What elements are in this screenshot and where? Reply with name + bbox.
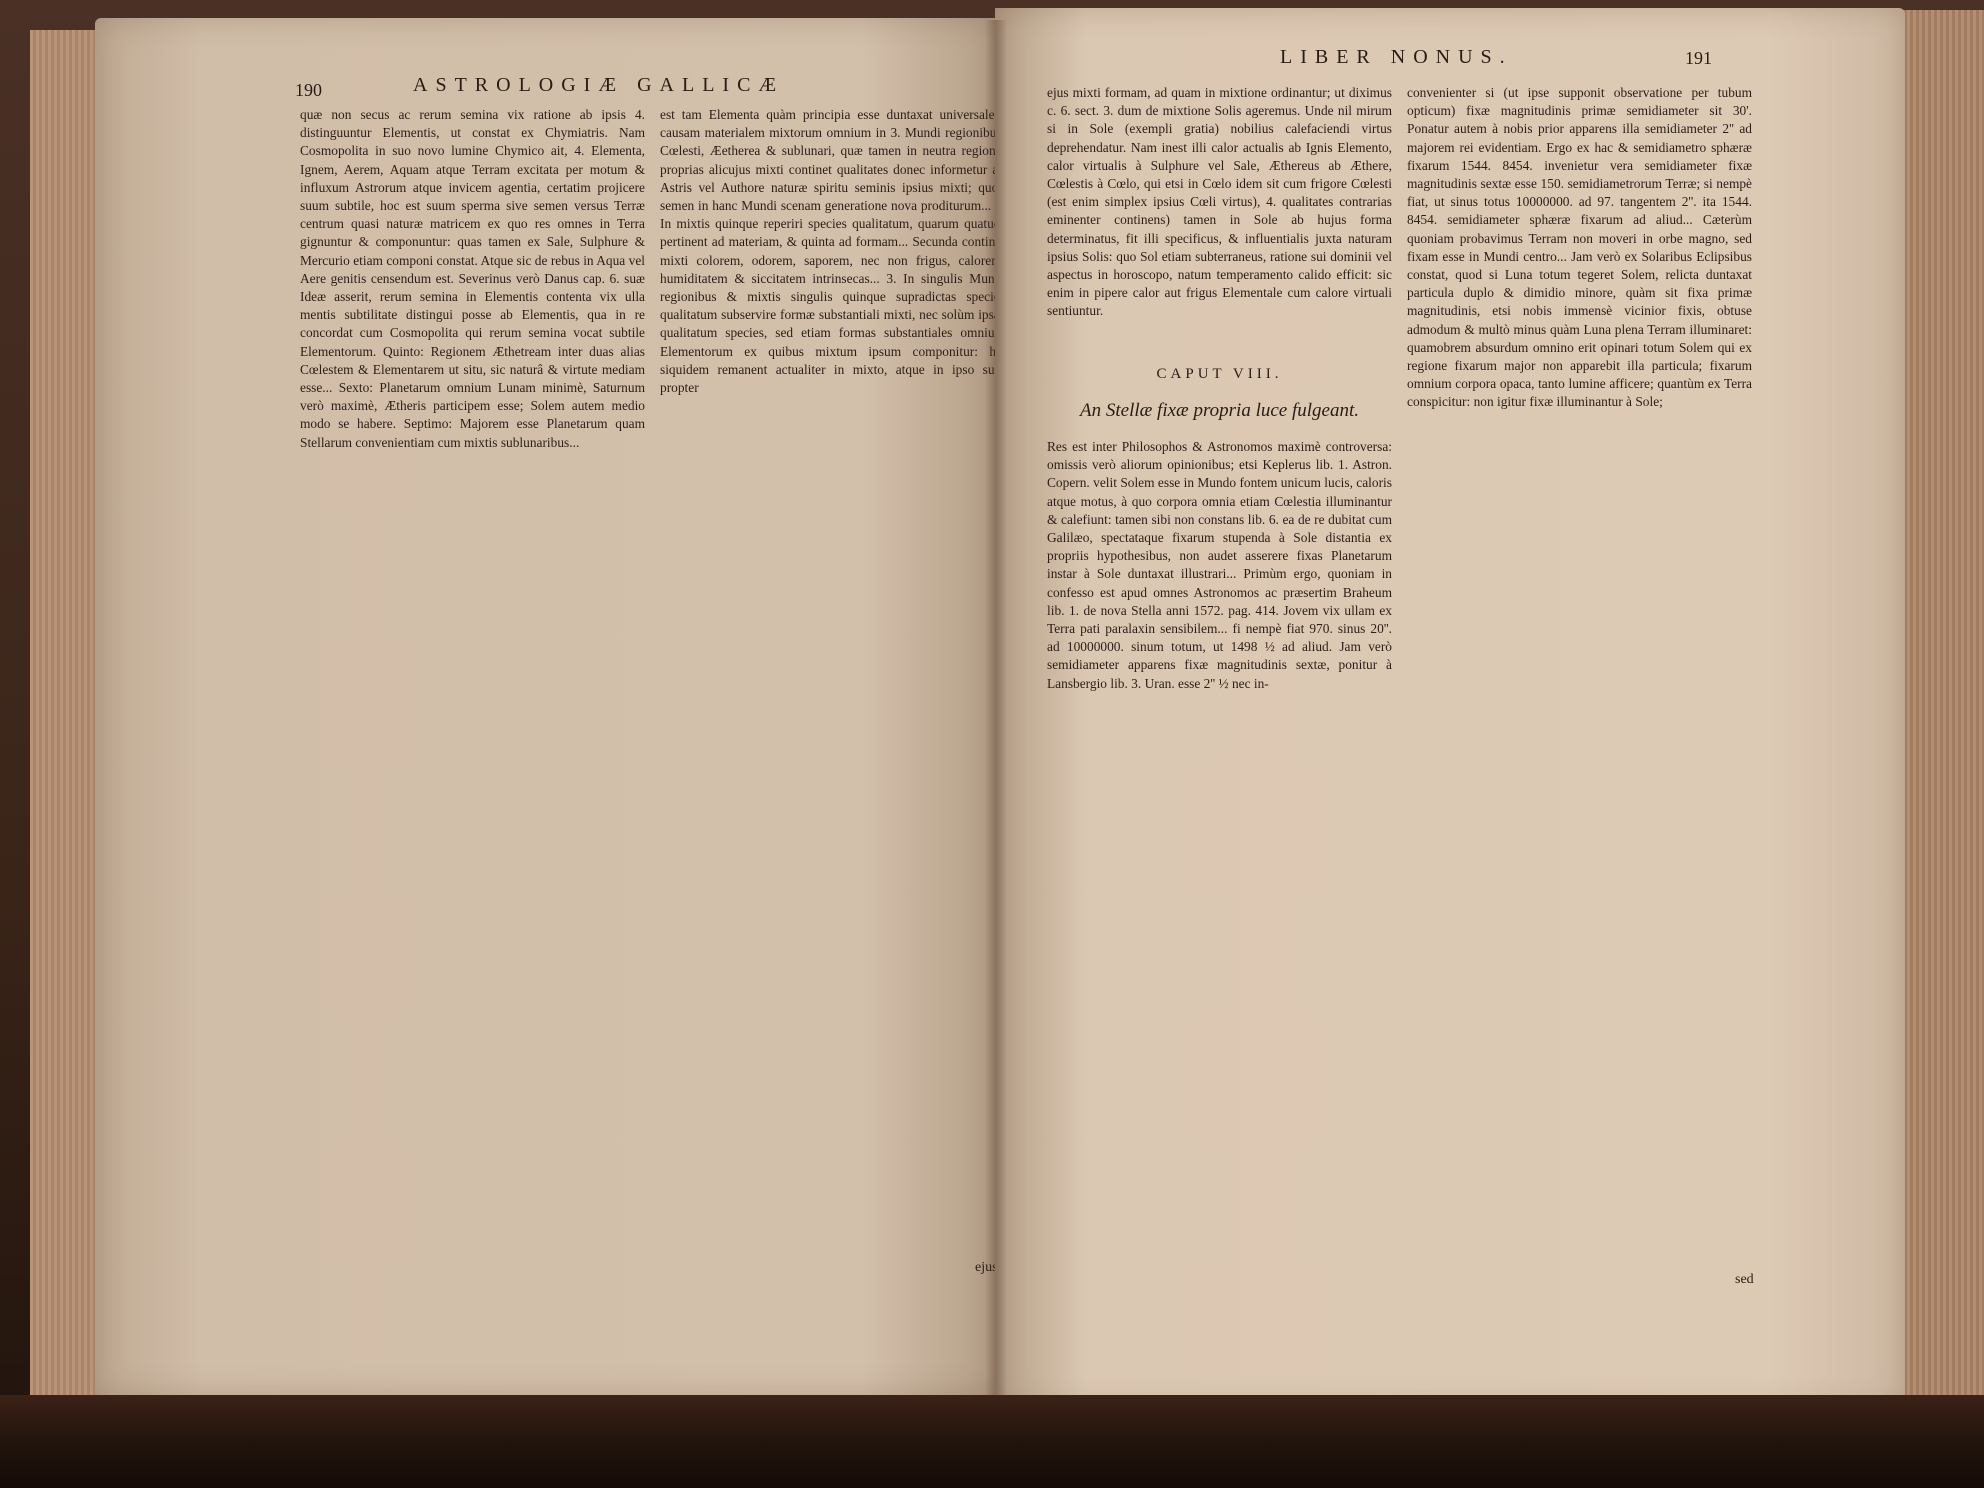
running-head: ASTROLOGIÆ GALLICÆ <box>413 74 784 97</box>
right-page: LIBER NONUS. 191 ejus mixti formam, ad q… <box>995 8 1905 1408</box>
catchword: sed <box>1735 1272 1754 1288</box>
running-head: LIBER NONUS. <box>1280 46 1513 69</box>
chapter-title: An Stellæ fixæ propria luce fulgeant. <box>1047 400 1392 422</box>
left-page: 190 ASTROLOGIÆ GALLICÆ quæ non secus ac … <box>95 18 995 1396</box>
text-column-2: est tam Elementa quàm principia esse dun… <box>660 106 1005 1256</box>
text-column-1-body: Res est inter Philosophos & Astronomos m… <box>1047 438 1392 1238</box>
page-number: 191 <box>1685 48 1712 69</box>
text-column-1: quæ non secus ac rerum semina vix ration… <box>300 106 645 1256</box>
chapter-heading: CAPUT VIII. <box>1047 366 1392 383</box>
text-column-1-top: ejus mixti formam, ad quam in mixtione o… <box>1047 84 1392 354</box>
right-page-edges <box>1895 10 1984 1410</box>
text-column-2: convenienter si (ut ipse supponit observ… <box>1407 84 1752 1254</box>
book-gutter <box>985 20 1007 1400</box>
page-number: 190 <box>295 80 322 101</box>
table-edge <box>0 1395 1984 1488</box>
